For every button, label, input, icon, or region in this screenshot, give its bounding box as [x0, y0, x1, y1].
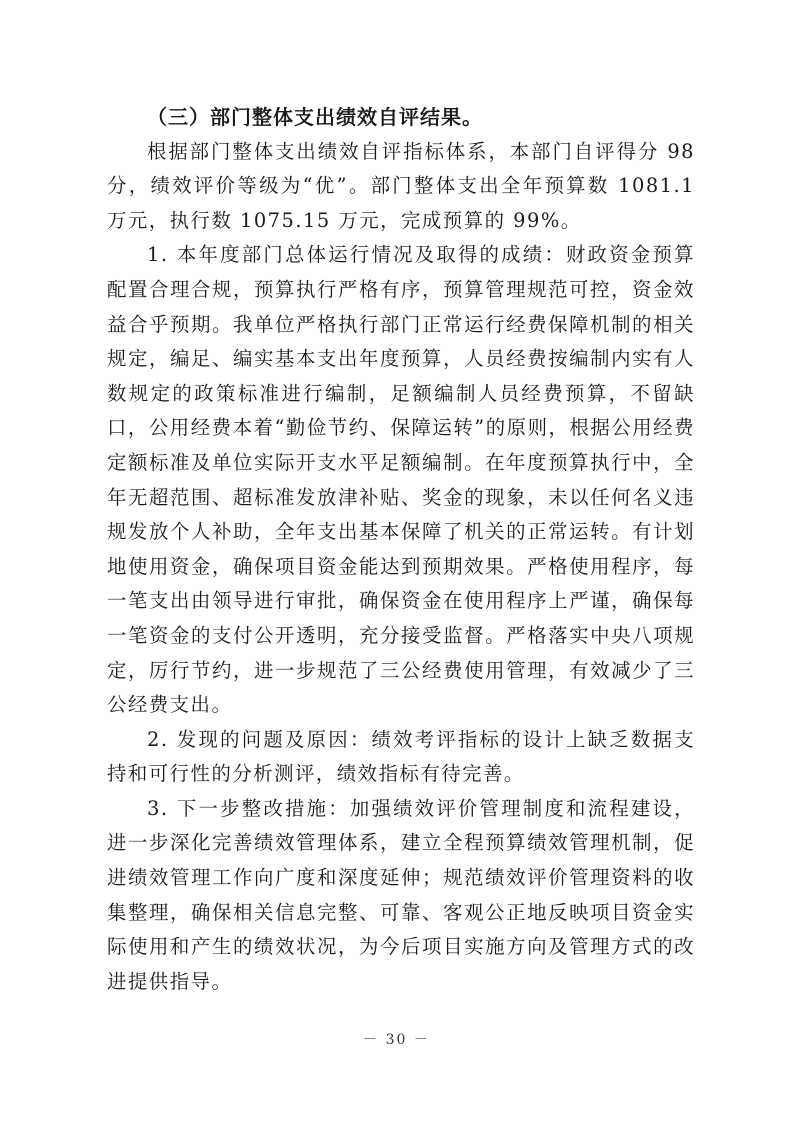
document-page: （三）部门整体支出绩效自评结果。 根据部门整体支出绩效自评指标体系，本部门自评得…	[107, 100, 695, 999]
paragraph-self-evaluation-summary: 根据部门整体支出绩效自评指标体系，本部门自评得分 98 分，绩效评价等级为“优”…	[107, 135, 695, 239]
paragraph-overall-operation: 1. 本年度部门总体运行情况及取得的成绩：财政资金预算配置合理合规，预算执行严格…	[107, 238, 695, 722]
paragraph-problems-found: 2. 发现的问题及原因：绩效考评指标的设计上缺乏数据支持和可行性的分析测评，绩效…	[107, 723, 695, 792]
paragraph-rectification-measures: 3. 下一步整改措施：加强绩效评价管理制度和流程建设，进一步深化完善绩效管理体系…	[107, 792, 695, 1000]
section-heading: （三）部门整体支出绩效自评结果。	[107, 100, 695, 135]
page-number: － 30 －	[0, 1029, 793, 1049]
